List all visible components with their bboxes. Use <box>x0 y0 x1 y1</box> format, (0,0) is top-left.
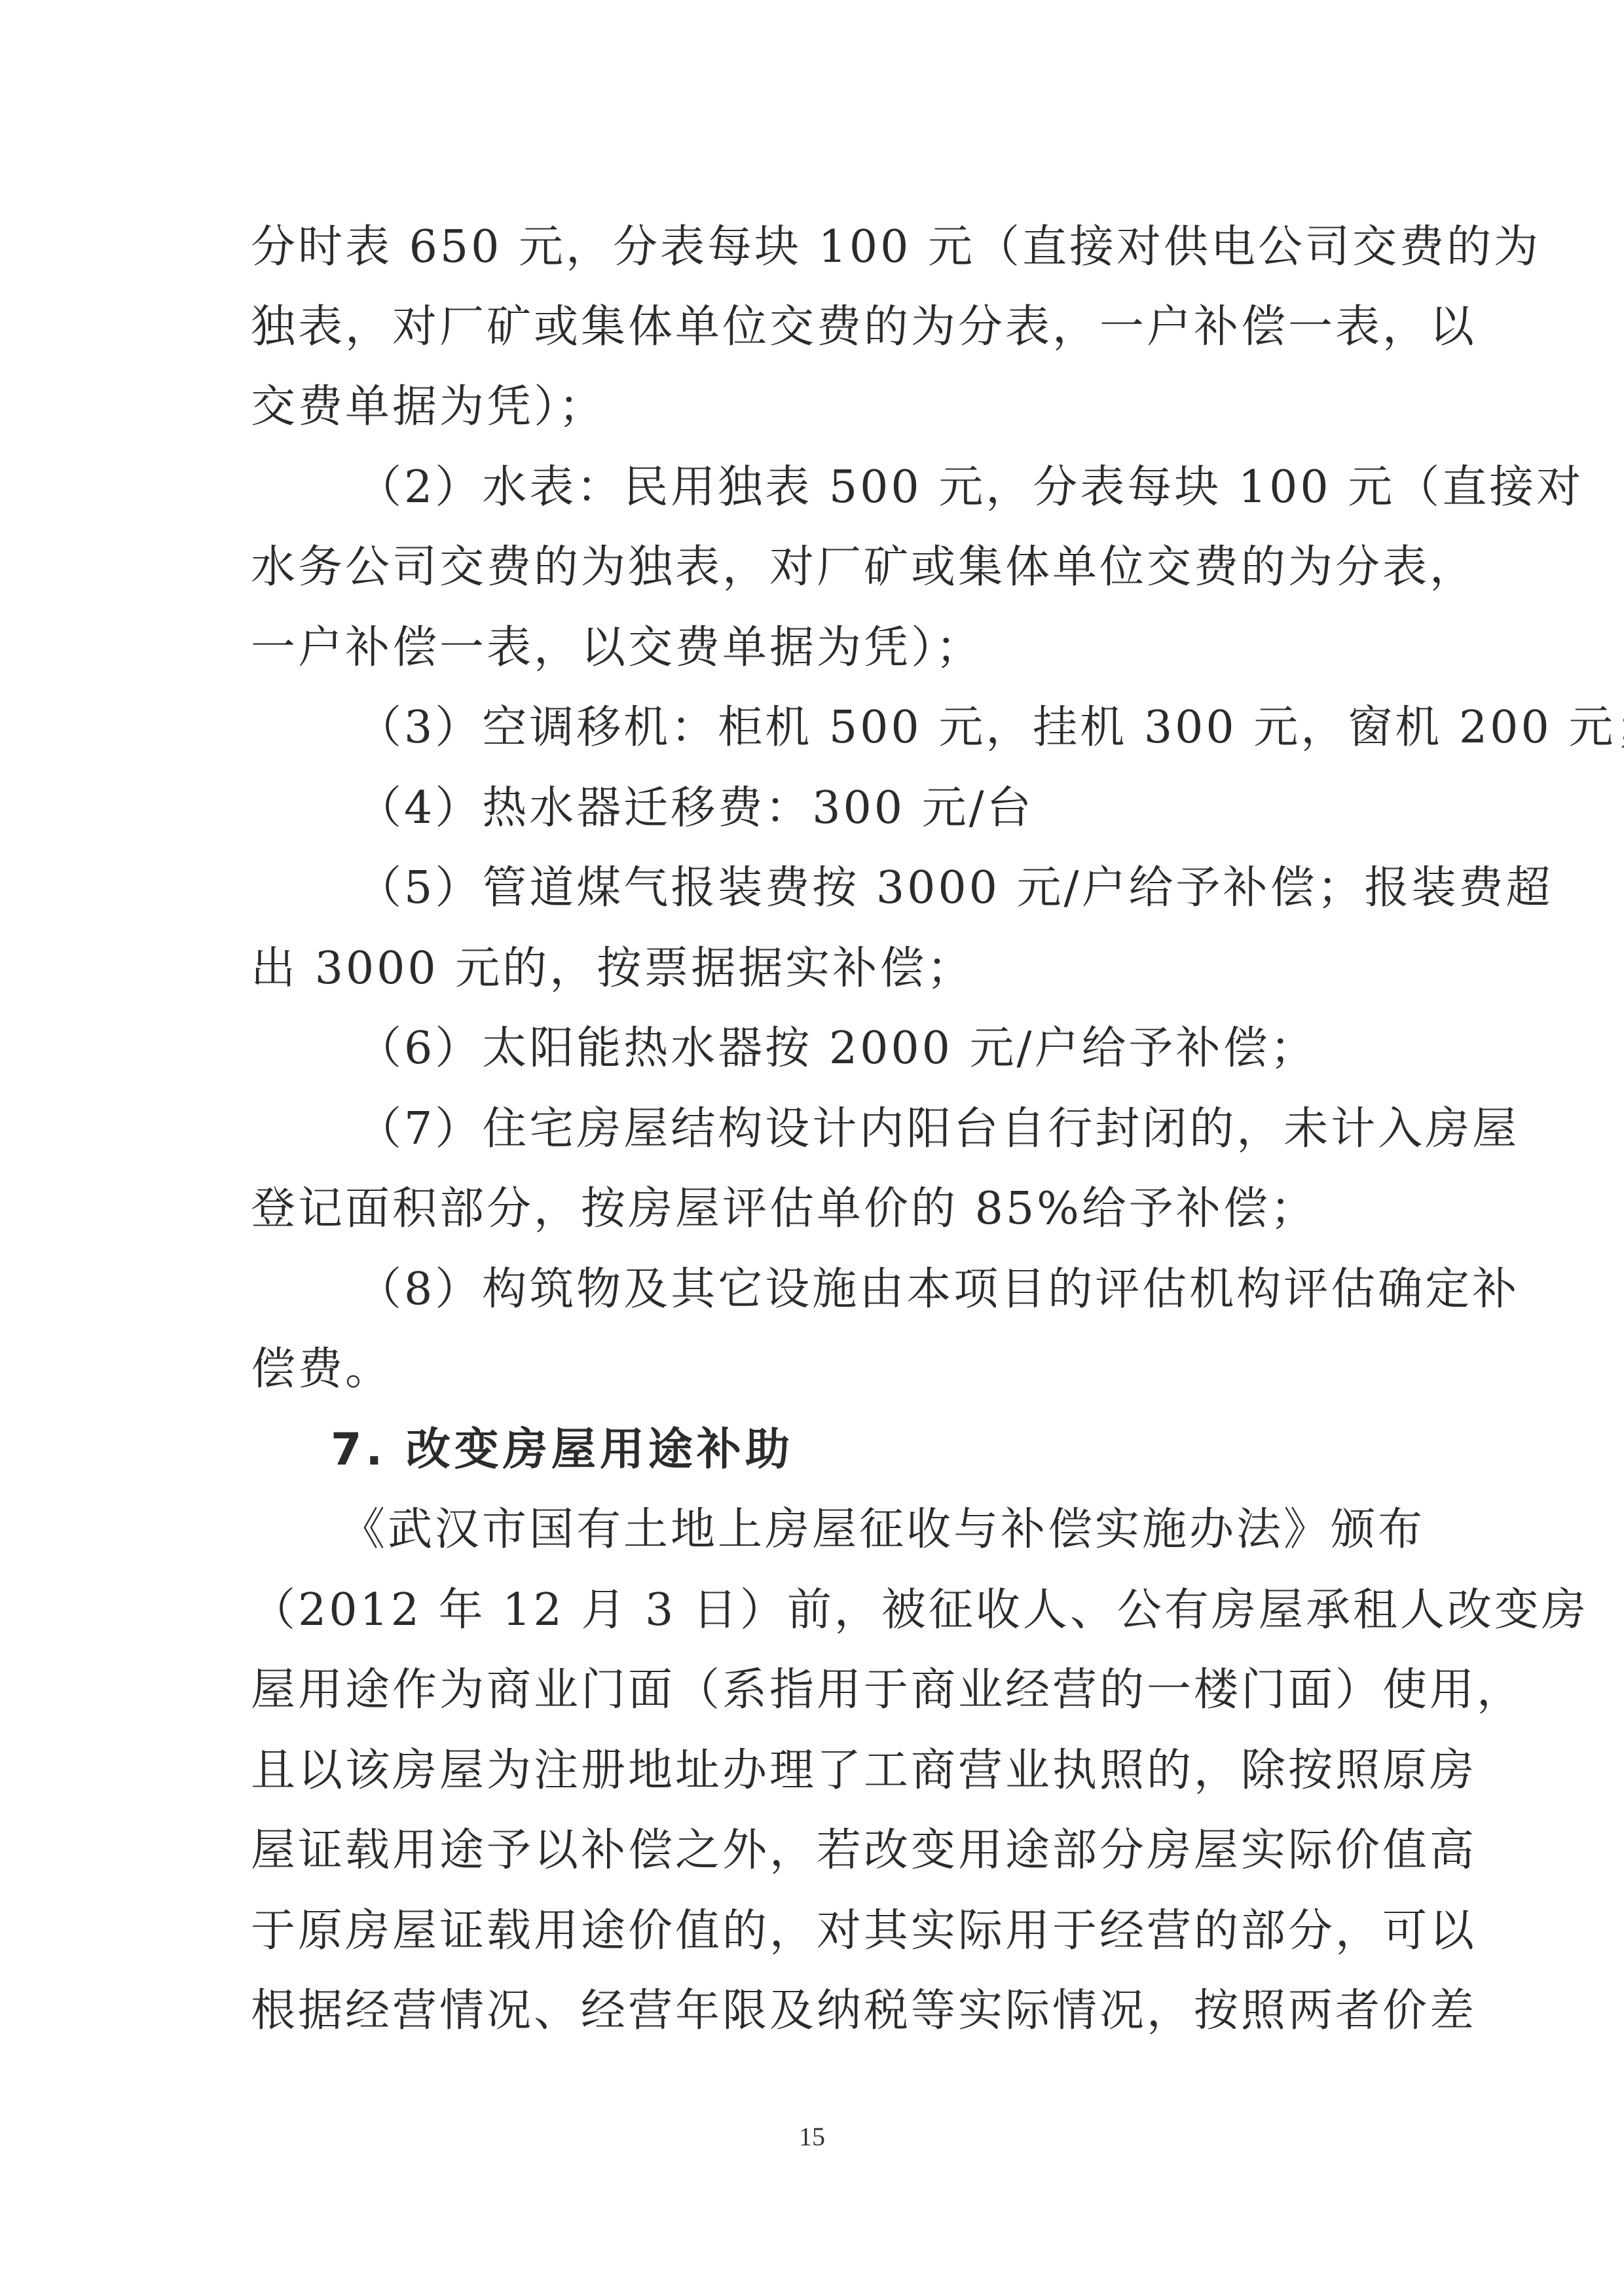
document-page: 分时表 650 元，分表每块 100 元（直接对供电公司交费的为 独表，对厂矿或… <box>0 0 1624 2296</box>
paragraph-line: 《武汉市国有土地上房屋征收与补偿实施办法》颁布 <box>341 1490 1372 1570</box>
page-number: 15 <box>779 2121 845 2152</box>
list-item-2: （2）水表：民用独表 500 元，分表每块 100 元（直接对 <box>357 448 1372 528</box>
paragraph-line: 独表，对厂矿或集体单位交费的为分表，一户补偿一表，以 <box>251 287 1372 367</box>
paragraph-line: 出 3000 元的，按票据据实补偿； <box>251 929 1372 1009</box>
paragraph-line: （2012 年 12 月 3 日）前，被征收人、公有房屋承租人改变房 <box>251 1571 1372 1650</box>
list-item-3: （3）空调移机：柜机 500 元，挂机 300 元，窗机 200 元； <box>357 688 1372 768</box>
paragraph-line: 分时表 650 元，分表每块 100 元（直接对供电公司交费的为 <box>251 208 1372 287</box>
paragraph-line: 屋用途作为商业门面（系指用于商业经营的一楼门面）使用， <box>251 1650 1372 1730</box>
paragraph-line: 水务公司交费的为独表，对厂矿或集体单位交费的为分表， <box>251 528 1372 608</box>
paragraph-line: 根据经营情况、经营年限及纳税等实际情况，按照两者价差 <box>251 1971 1372 2051</box>
paragraph-line: 登记面积部分，按房屋评估单价的 85%给予补偿； <box>251 1169 1372 1249</box>
list-item-5: （5）管道煤气报装费按 3000 元/户给予补偿；报装费超 <box>357 848 1372 928</box>
list-item-8: （8）构筑物及其它设施由本项目的评估机构评估确定补 <box>357 1250 1372 1330</box>
section-heading: 7. 改变房屋用途补助 <box>331 1410 794 1490</box>
paragraph-line: 偿费。 <box>251 1330 1372 1410</box>
paragraph-line: 屋证载用途予以补偿之外，若改变用途部分房屋实际价值高 <box>251 1811 1372 1891</box>
paragraph-line: 且以该房屋为注册地址办理了工商营业执照的，除按照原房 <box>251 1731 1372 1811</box>
list-item-6: （6）太阳能热水器按 2000 元/户给予补偿； <box>357 1009 1372 1089</box>
list-item-7: （7）住宅房屋结构设计内阳台自行封闭的，未计入房屋 <box>357 1089 1372 1169</box>
list-item-4: （4）热水器迁移费：300 元/台 <box>357 769 1372 848</box>
paragraph-line: 于原房屋证载用途价值的，对其实际用于经营的部分，可以 <box>251 1891 1372 1971</box>
paragraph-line: 一户补偿一表，以交费单据为凭）； <box>251 608 1372 688</box>
paragraph-line: 交费单据为凭）； <box>251 367 1372 447</box>
